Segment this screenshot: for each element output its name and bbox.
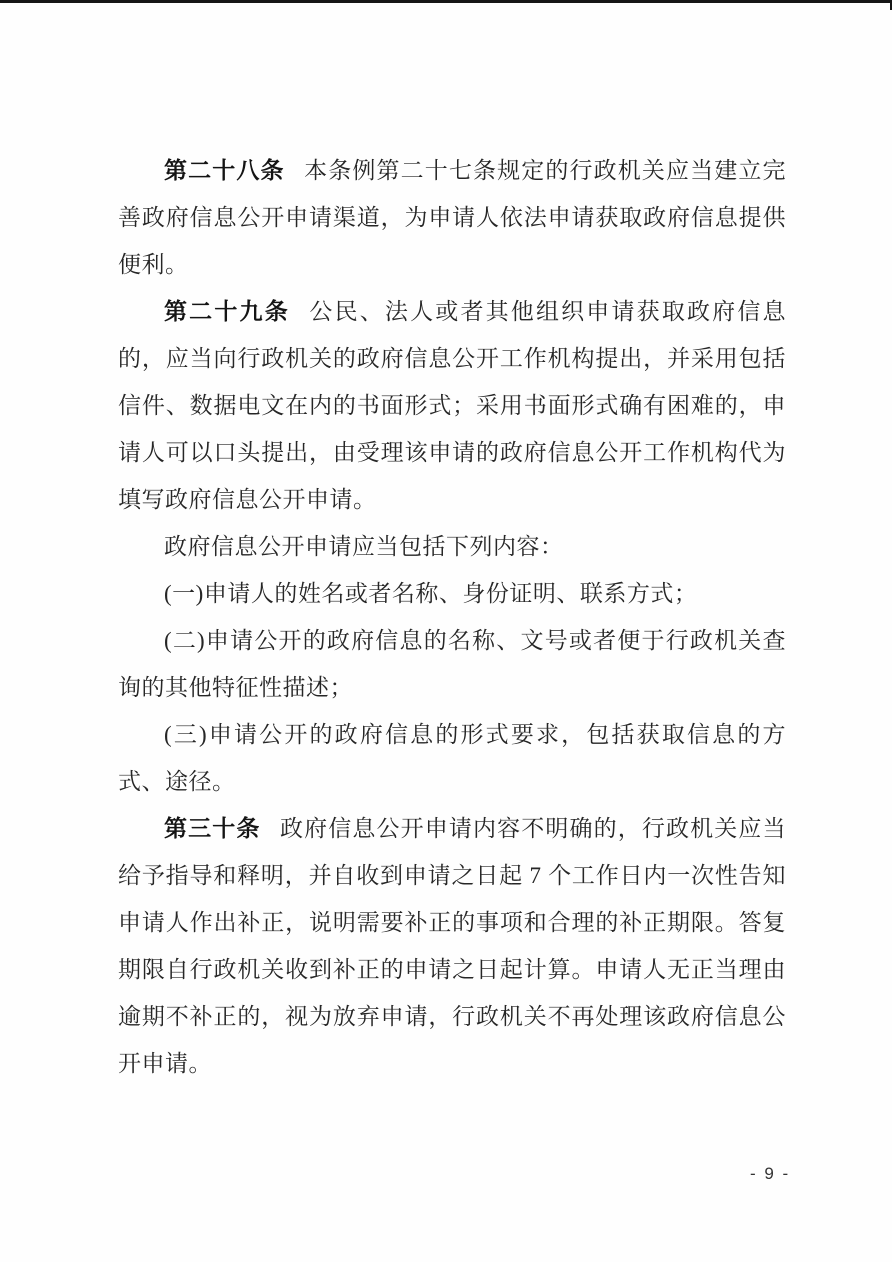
article-28-number: 第二十八条 (164, 158, 285, 183)
list-item-3-paragraph: (三)申请公开的政府信息的形式要求，包括获取信息的方式、途径。 (118, 711, 786, 805)
list-item-1-paragraph: (一)申请人的姓名或者名称、身份证明、联系方式； (118, 570, 786, 617)
list-item-1-text: (一)申请人的姓名或者名称、身份证明、联系方式； (164, 581, 697, 606)
article-30-body-text: 政府信息公开申请内容不明确的，行政机关应当给予指导和释明，并自收到申请之日起 7… (118, 816, 786, 1076)
article-30-number: 第三十条 (164, 816, 261, 841)
article-29-paragraph: 第二十九条公民、法人或者其他组织申请获取政府信息的，应当向行政机关的政府信息公开… (118, 288, 786, 523)
article-28-paragraph: 第二十八条本条例第二十七条规定的行政机关应当建立完善政府信息公开申请渠道，为申请… (118, 147, 786, 288)
page-number: - 9 - (750, 1164, 790, 1184)
list-item-2-text: (二)申请公开的政府信息的名称、文号或者便于行政机关查询的其他特征性描述； (118, 628, 786, 700)
document-text-block: 第二十八条本条例第二十七条规定的行政机关应当建立完善政府信息公开申请渠道，为申请… (118, 147, 786, 1087)
list-item-3-text: (三)申请公开的政府信息的形式要求，包括获取信息的方式、途径。 (118, 722, 786, 794)
article-29-number: 第二十九条 (164, 299, 290, 324)
list-item-2-paragraph: (二)申请公开的政府信息的名称、文号或者便于行政机关查询的其他特征性描述； (118, 617, 786, 711)
scan-top-edge-line (0, 0, 892, 3)
application-contents-intro-paragraph: 政府信息公开申请应当包括下列内容： (118, 523, 786, 570)
application-contents-intro-text: 政府信息公开申请应当包括下列内容： (164, 534, 564, 559)
article-30-paragraph: 第三十条政府信息公开申请内容不明确的，行政机关应当给予指导和释明，并自收到申请之… (118, 805, 786, 1087)
article-29-body-text: 公民、法人或者其他组织申请获取政府信息的，应当向行政机关的政府信息公开工作机构提… (118, 299, 786, 512)
